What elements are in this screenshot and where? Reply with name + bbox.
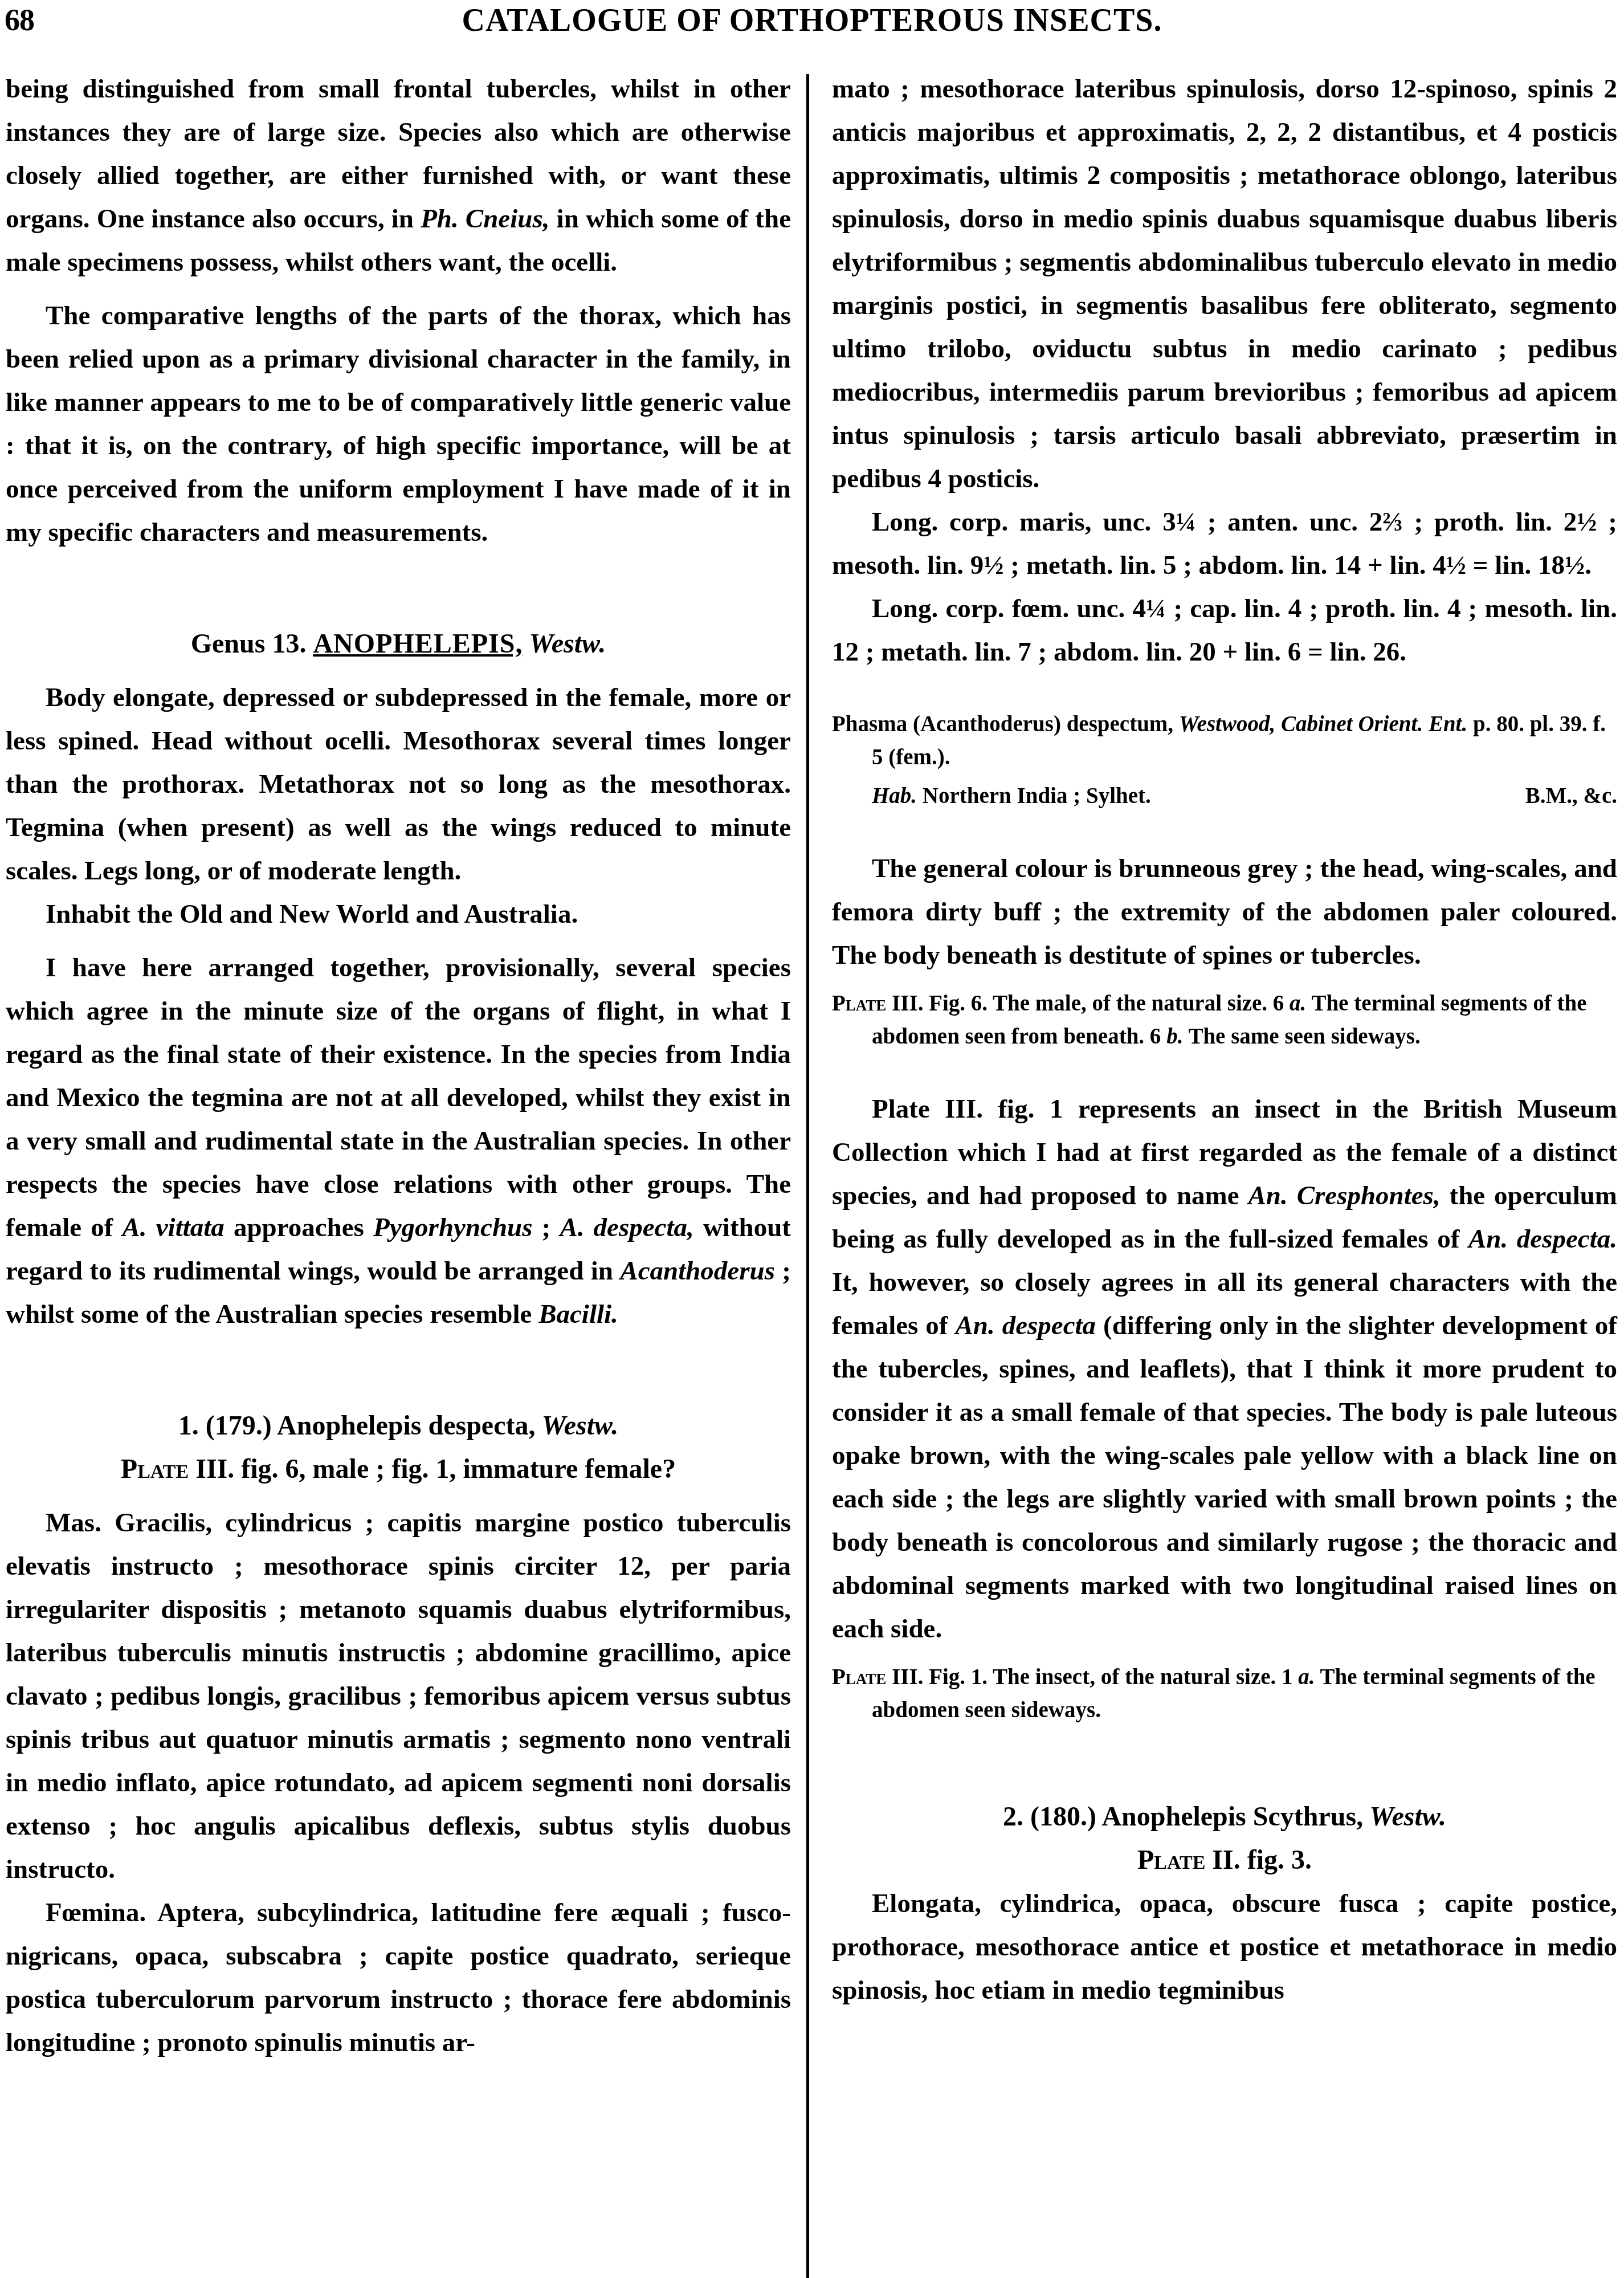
colour-description: The general colour is brunneous grey ; t… bbox=[832, 847, 1617, 977]
genus-ref: Acanthoderus bbox=[620, 1256, 775, 1286]
plate-note-1: Plate III. Fig. 6. The male, of the natu… bbox=[832, 987, 1617, 1053]
female-description-continued: mato ; mesothorace lateribus spinulosis,… bbox=[832, 67, 1617, 500]
species-author: Westw. bbox=[535, 1411, 618, 1441]
plate-word: Plate bbox=[832, 1665, 886, 1689]
text: II. fig. 3. bbox=[1205, 1845, 1312, 1875]
plate-word: Plate bbox=[121, 1454, 189, 1484]
page-header: 68 CATALOGUE OF ORTHOPTEROUS INSECTS. bbox=[0, 0, 1624, 40]
citation-author: Westwood, Cabinet Orient. Ent. bbox=[1179, 712, 1467, 736]
paragraph-arrangement: I have here arranged together, provision… bbox=[6, 946, 791, 1336]
text: I have here arranged together, provision… bbox=[6, 953, 791, 1242]
species-2-plate-ref: Plate II. fig. 3. bbox=[832, 1839, 1617, 1882]
measurements-male: Long. corp. maris, unc. 3¼ ; anten. unc.… bbox=[832, 500, 1617, 587]
text: Phasma (Acanthoderus) despectum, bbox=[832, 712, 1179, 736]
text: approaches bbox=[225, 1213, 373, 1242]
species-ref: An. despecta. bbox=[1468, 1224, 1617, 1254]
species-1-male-description: Mas. Gracilis, cylindricus ; capitis mar… bbox=[6, 1501, 791, 1891]
hab-text: Northern India ; Sylhet. bbox=[917, 784, 1151, 808]
genus-ref: Pygorhynchus bbox=[373, 1213, 532, 1242]
measurements-female: Long. corp. fœm. unc. 4¼ ; cap. lin. 4 ;… bbox=[832, 587, 1617, 674]
text: III. Fig. 6. The male, of the natural si… bbox=[886, 991, 1290, 1016]
fig-letter: a. bbox=[1298, 1665, 1315, 1689]
species-2-description: Elongata, cylindrica, opaca, obscure fus… bbox=[832, 1882, 1617, 2012]
plate-note-2: Plate III. Fig. 1. The insect, of the na… bbox=[832, 1661, 1617, 1727]
genus-heading: Genus 13. ANOPHELEPIS, Westw. bbox=[6, 622, 791, 666]
text: (differing only in the slighter developm… bbox=[832, 1311, 1617, 1644]
text: The same seen sideways. bbox=[1183, 1024, 1420, 1049]
fig-letter: a. bbox=[1290, 991, 1306, 1016]
genus-habitat: Inhabit the Old and New World and Austra… bbox=[6, 893, 791, 936]
species-author: Westw. bbox=[1363, 1802, 1446, 1832]
species-ref: A. despecta, bbox=[560, 1213, 693, 1242]
habitat-line: Hab. Northern India ; Sylhet.B.M., &c. bbox=[832, 780, 1617, 813]
species-name: Anophelepis Scythrus, bbox=[1101, 1802, 1363, 1832]
genus-description: Body elongate, depressed or subdepressed… bbox=[6, 676, 791, 893]
collection: B.M., &c. bbox=[1486, 780, 1617, 813]
paragraph-thorax: The comparative lengths of the parts of … bbox=[6, 294, 791, 554]
text: ; bbox=[532, 1213, 560, 1242]
left-column: being distinguished from small frontal t… bbox=[6, 67, 791, 2064]
species-ref: An. Cresphontes, bbox=[1248, 1181, 1440, 1211]
species-ref: An. despecta bbox=[955, 1311, 1096, 1340]
discussion-paragraph: Plate III. fig. 1 represents an insect i… bbox=[832, 1087, 1617, 1651]
text: III. Fig. 1. The insect, of the natural … bbox=[886, 1665, 1298, 1689]
text: III. fig. 6, male ; fig. 1, immature fem… bbox=[189, 1454, 676, 1484]
species-1-female-description: Fœmina. Aptera, subcylindrica, latitudin… bbox=[6, 1891, 791, 2064]
column-divider bbox=[806, 74, 809, 2278]
genus-number: Genus 13. bbox=[191, 629, 313, 659]
synonymy: Phasma (Acanthoderus) despectum, Westwoo… bbox=[832, 708, 1617, 774]
paragraph-ocelli: being distinguished from small frontal t… bbox=[6, 67, 791, 284]
genus-ref: Bacilli. bbox=[538, 1299, 618, 1329]
right-column: mato ; mesothorace lateribus spinulosis,… bbox=[832, 67, 1617, 2012]
species-ref: Ph. Cneius, bbox=[421, 204, 549, 234]
species-1-heading: 1. (179.) Anophelepis despecta, Westw. bbox=[6, 1404, 791, 1448]
running-title: CATALOGUE OF ORTHOPTEROUS INSECTS. bbox=[0, 2, 1624, 39]
genus-name: ANOPHELEPIS, bbox=[313, 629, 523, 659]
species-name: Anophelepis despecta, bbox=[277, 1411, 535, 1441]
species-ref: A. vittata bbox=[123, 1213, 225, 1242]
genus-author: Westw. bbox=[523, 629, 606, 659]
hab-label: Hab. bbox=[872, 784, 917, 808]
species-number: 2. (180.) bbox=[1003, 1802, 1101, 1832]
plate-word: Plate bbox=[832, 991, 886, 1016]
fig-letter: b. bbox=[1166, 1024, 1183, 1049]
plate-word: Plate bbox=[1137, 1845, 1205, 1875]
species-number: 1. (179.) bbox=[178, 1411, 277, 1441]
species-1-plate-ref: Plate III. fig. 6, male ; fig. 1, immatu… bbox=[6, 1448, 791, 1491]
species-2-heading: 2. (180.) Anophelepis Scythrus, Westw. bbox=[832, 1795, 1617, 1839]
